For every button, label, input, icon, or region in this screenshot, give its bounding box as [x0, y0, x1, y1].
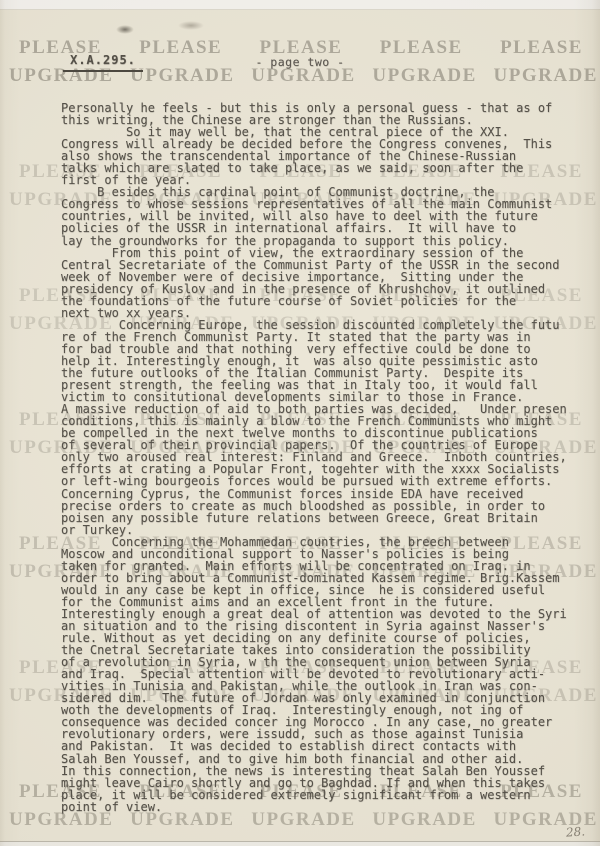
scan-edge-left — [0, 0, 5, 846]
page-header-label: - page two - — [0, 55, 600, 69]
ink-smudge — [116, 25, 134, 34]
scan-edge-right — [592, 0, 600, 846]
handwritten-page-number: 28. — [566, 824, 586, 839]
ink-smudge — [178, 21, 204, 30]
scanned-document-page: PLEASEPLEASEPLEASEPLEASEPLEASEUPGRADEUPG… — [0, 0, 600, 846]
scan-edge-top — [0, 0, 600, 10]
document-body-text: Personally he feels - but this is only a… — [61, 102, 567, 813]
scan-edge-bottom — [0, 841, 600, 846]
